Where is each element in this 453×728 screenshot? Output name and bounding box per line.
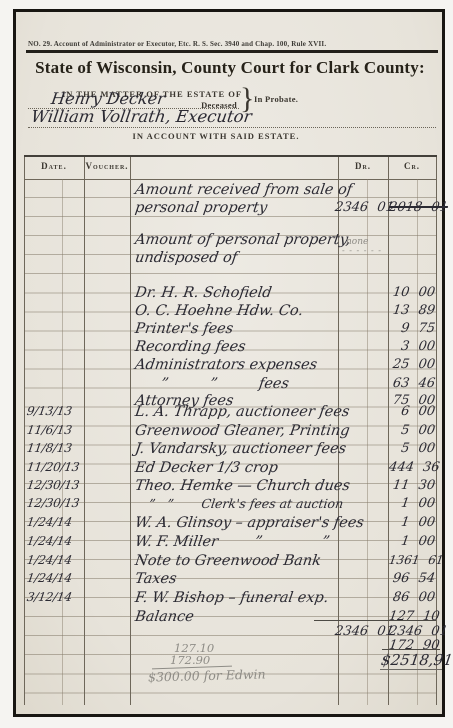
ledger-row: 172 90 (24, 638, 437, 657)
ledger-row: 1/24/14 W. F. Miller ” ” 1 00 (24, 534, 437, 553)
entry-description-ditto: ” ” fees (160, 376, 290, 392)
grand-total-underline (380, 669, 442, 670)
header-underline (24, 179, 437, 180)
header-rule (26, 50, 438, 53)
ledger-row: Administrators expenses 25 00 (24, 357, 437, 376)
entry-description: Recording fees (134, 339, 247, 355)
cr-amount: 1 00 (388, 515, 436, 530)
entry-description: Theo. Hemke — Church dues (134, 478, 351, 494)
cr-amount-struck: 2018 01 (388, 200, 436, 215)
cr-amount: 444 36 (388, 460, 436, 475)
ledger-row: 9/13/13 L. A. Thrapp, auctioneer fees 6 … (24, 404, 437, 423)
entry-date: 1/24/14 (26, 515, 100, 529)
pencil-calc-3: $300.00 for Edwin (148, 668, 266, 683)
entry-description: Balance (134, 609, 195, 625)
subtotal-rule (382, 649, 440, 650)
entry-description: Amount received from sale of (134, 182, 353, 198)
entry-description: Printer's fees (134, 321, 234, 337)
entry-description: Amount of personal property, (134, 232, 352, 248)
pencil-calc-2: 172.90 (170, 655, 210, 667)
ledger-row: Recording fees 3 00 (24, 339, 437, 358)
form-number-line: NO. 29. Account of Administrator or Exec… (28, 40, 326, 48)
column-header-voucher: Voucher. (84, 161, 130, 171)
cr-amount: 9 75 (388, 321, 436, 336)
entry-description: Taxes (134, 571, 178, 587)
grand-total: $2518,91 (380, 651, 447, 669)
ledger-row: personal property 2346 01 2018 01 (24, 200, 437, 219)
entry-date: 11/20/13 (26, 460, 100, 474)
entry-date: 12/30/13 (26, 478, 100, 492)
entry-description: F. W. Bishop – funeral exp. (134, 590, 330, 606)
cr-amount: 5 00 (388, 441, 436, 456)
decedent-name-handwriting: Henry Decker (50, 89, 166, 108)
entry-description: Note to Greenwood Bank (134, 553, 322, 569)
document-page: NO. 29. Account of Administrator or Exec… (13, 9, 445, 717)
ledger-row: Printer's fees 9 75 (24, 321, 437, 340)
ledger-row: 1/24/14 Note to Greenwood Bank 1361 61 (24, 553, 437, 572)
ledger-row: 11/6/13 Greenwood Gleaner, Printing 5 00 (24, 423, 437, 442)
cr-amount: 1 00 (388, 496, 436, 511)
dr-amount: 2346 01 (334, 200, 386, 215)
cr-amount: 25 00 (388, 357, 436, 372)
cr-total: 2346 01 (388, 624, 436, 639)
ledger-row: Dr. H. R. Schofield 10 00 (24, 285, 437, 304)
ledger-row: 11/20/13 Ed Decker 1/3 crop 444 36 (24, 460, 437, 479)
entry-date: 1/24/14 (26, 534, 100, 548)
cr-amount: 13 89 (388, 303, 436, 318)
page-title: State of Wisconsin, County Court for Cla… (20, 58, 440, 78)
cr-amount: 86 00 (388, 590, 436, 605)
entry-date: 1/24/14 (26, 553, 100, 567)
entry-description: O. C. Hoehne Hdw. Co. (134, 303, 304, 319)
entry-date: 12/30/13 (26, 496, 100, 510)
ledger-row: O. C. Hoehne Hdw. Co. 13 89 (24, 303, 437, 322)
entry-description: J. Vandarsky, auctioneer fees (134, 441, 347, 457)
cr-amount: 6 00 (388, 404, 436, 419)
pencil-none-dashes: - - - - - - (342, 246, 382, 255)
entry-date: 11/6/13 (26, 423, 100, 437)
cr-amount: 1361 61 (388, 553, 436, 567)
entry-description: Administrators expenses (134, 357, 318, 373)
ledger-row: 12/30/13 Theo. Hemke — Church dues 11 30 (24, 478, 437, 497)
cr-amount: 10 00 (388, 285, 436, 300)
entry-description: Dr. H. R. Schofield (134, 285, 273, 301)
cr-amount: 3 00 (388, 339, 436, 354)
entry-description: ” ” Clerk's fees at auction (148, 496, 344, 511)
ledger-row: 3/12/14 F. W. Bishop – funeral exp. 86 0… (24, 590, 437, 609)
cr-amount: 11 30 (388, 478, 436, 493)
ledger-row: 1/24/14 W. A. Glinsoy – appraiser's fees… (24, 515, 437, 534)
cr-amount: 63 46 (388, 376, 436, 391)
column-header-date: Date. (24, 161, 84, 171)
entry-description: W. F. Miller ” ” (134, 534, 331, 550)
entry-date: 1/24/14 (26, 571, 100, 585)
column-header-dr: Dr. (338, 161, 388, 171)
entry-description: personal property (134, 200, 268, 216)
column-header-cr: Cr. (388, 161, 436, 171)
in-account-label: IN ACCOUNT WITH SAID ESTATE. (16, 131, 416, 141)
balance-rule (314, 620, 436, 621)
ledger-row: 12/30/13 ” ” Clerk's fees at auction 1 0… (24, 496, 437, 515)
ledger-row: Amount received from sale of (24, 182, 437, 201)
entry-description: L. A. Thrapp, auctioneer fees (134, 404, 350, 420)
dr-total: 2346 01 (334, 624, 386, 639)
cr-amount: 1 00 (388, 534, 436, 549)
entry-description: undisposed of (134, 250, 238, 266)
entry-description: Greenwood Gleaner, Printing (134, 423, 351, 439)
cr-amount: 96 54 (388, 571, 436, 586)
ledger-row: 1/24/14 Taxes 96 54 (24, 571, 437, 590)
entry-description: Ed Decker 1/3 crop (134, 460, 279, 476)
cr-amount: 127 10 (388, 609, 436, 624)
entry-date: 3/12/14 (26, 590, 100, 604)
entry-date: 11/8/13 (26, 441, 100, 455)
in-probate-label: In Probate. (254, 94, 298, 104)
ledger-row: 11/8/13 J. Vandarsky, auctioneer fees 5 … (24, 441, 437, 460)
executor-name-handwriting: William Vollrath, Executor (30, 107, 253, 126)
cr-amount: 5 00 (388, 423, 436, 438)
entry-date: 9/13/13 (26, 404, 100, 418)
ledger-table: Date. Voucher. Dr. Cr. Amount received f… (24, 155, 437, 705)
entry-description: W. A. Glinsoy – appraiser's fees (134, 515, 365, 531)
